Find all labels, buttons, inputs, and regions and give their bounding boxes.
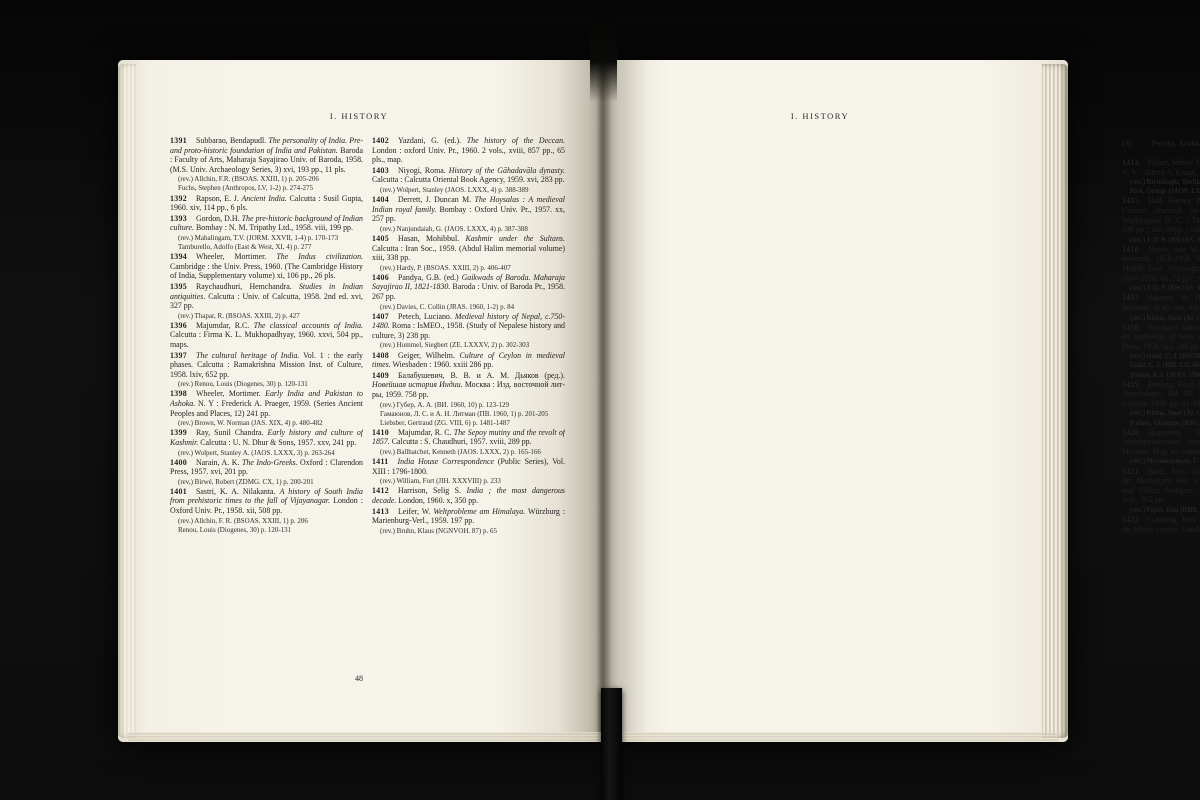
entry-text: Yazdani, G. (ed.). — [398, 136, 467, 145]
entry-text: Noyes, Ann W. & others (ed.). — [1148, 245, 1200, 254]
bib-entry: 1397The cultural heritage of India. Vol.… — [170, 351, 363, 380]
bib-entry: 1402Yazdani, G. (ed.). The history of th… — [372, 136, 565, 165]
entry-title: Current research on the Middle East, — [1122, 206, 1200, 215]
entry-title: Weltprobleme am Himalaya. — [433, 507, 525, 516]
review-line: (rev.) Hummel, Siegbert (ZE. LXXXV, 2) p… — [372, 341, 565, 350]
review-line: (rev.) Allchin, F. R. (BSOAS. XXIII, 1) … — [170, 517, 363, 526]
bib-entry: 1418Pritchard, James B. (ed.). The ancie… — [1122, 323, 1200, 352]
bib-entry: 1419Ebeling, Erich & Bruno Meissner. Rea… — [1122, 380, 1200, 409]
page-edges-bottom — [128, 732, 1058, 742]
bib-entry: 1422Garstang, John & O. R. Gurney. The g… — [1122, 515, 1200, 534]
entry-number: 1417 — [1122, 293, 1139, 302]
entry-text: Geiger, Wilhelm. — [398, 351, 460, 360]
entry-number: 1407 — [372, 312, 389, 321]
entry-text: Calcutta : U. N. Dhur & Sons, 1957. xxv,… — [198, 438, 356, 447]
page-number-right: 49 — [1082, 684, 1200, 693]
bib-entry: 1405Hasan, Mohibbul. Kashmir under the S… — [372, 234, 565, 263]
review-line: (rev,) Birwé, Robert (ZDMG. CX, 1) p. 20… — [170, 478, 363, 487]
entry-title: The classical accounts of India. — [254, 321, 363, 330]
entry-text: Calcutta : Iran Soc., 1959. (Abdul Halim… — [372, 244, 565, 263]
bib-entry: 1421Borst, Arno. Der Turmbau von Babel. … — [1122, 467, 1200, 505]
entry-number: 1412 — [372, 486, 389, 495]
entry-text: Subbarao, Bendapudl. — [196, 136, 268, 145]
entry-title: The history of the Deccan. — [467, 136, 565, 145]
bib-entry: 1406Pandya, G.B. (ed.) Gaikwads of Barod… — [372, 273, 565, 302]
entry-text: Gordon, D.H. — [196, 214, 242, 223]
entry-text: Raychaudhuri, Hemchandra. — [196, 282, 299, 291]
entry-text: Москва : АН СССР, 1958. 103 pp. — [1187, 303, 1200, 312]
review-line: (rev.) J. D. P. (BSOAS. XXIII, 2) p. 422 — [1122, 236, 1200, 245]
entry-title: India House Correspondence — [398, 457, 494, 466]
review-line: (rev.) J. D. P. (BSOAS. XXIII, 2) p. 422 — [1122, 284, 1200, 293]
entry-number: 1395 — [170, 282, 187, 291]
entry-text: Wheeler, Mortimer. — [196, 252, 276, 261]
bib-entry: 1415Hall, Harvey P.; Sands, William & ot… — [1122, 196, 1200, 234]
review-line: (rev.) Allchin, F.R. (BSOAS. XXIII, 1) p… — [170, 175, 363, 184]
bib-entry: 1417Авдиев, В. Н. Советская наука о древ… — [1122, 293, 1200, 312]
text-column: (3)Persia, Arabia, Central Asia and Othe… — [1122, 136, 1200, 668]
bib-entry: 1404Derrett, J. Duncan M. The Hoysalas :… — [372, 195, 565, 224]
page-number-left: 48 — [118, 674, 600, 683]
review-line: Liebsber, Gertraud (ZG. VIII, 6) p. 1481… — [372, 419, 565, 428]
entry-text: Harrison, Selig S. — [398, 486, 466, 495]
bib-entry: 1398Wheeler, Mortimer. Early India and P… — [170, 389, 363, 418]
entry-number: 1421 — [1122, 467, 1139, 476]
entry-number: 1397 — [170, 351, 187, 360]
review-line: (rev.) Ballhatchet, Kenneth (JAOS. LXXX,… — [372, 448, 565, 457]
review-line: Renou, Louis (Diogenes, 30) p. 120-131 — [170, 526, 363, 535]
entry-number: 1415 — [1122, 196, 1139, 205]
entry-text: Ebeling, Erich & Bruno Meissner. — [1148, 380, 1200, 389]
entry-text: Petech, Luciano. — [398, 312, 455, 321]
entry-number: 1391 — [170, 136, 187, 145]
entry-number: 1401 — [170, 487, 187, 496]
entry-text: Hall, Harvey P.; Sands, William & others… — [1148, 196, 1200, 205]
entry-title: History of the Gāhadavāla dynasty. — [449, 166, 565, 175]
review-line: Tamburello, Adolfo (East & West, XI, 4) … — [170, 243, 363, 252]
entry-number: 1410 — [372, 428, 389, 437]
entry-title: The Indus civilization. — [276, 252, 363, 261]
entry-text: Roma : IsMEO., 1958. (Study of Nepalese … — [372, 321, 565, 340]
entry-text: Pritchard, James B. (ed.). — [1148, 323, 1200, 332]
entry-title: Kashmir under the Sultans. — [465, 234, 565, 243]
bib-entry: 1409Балабушевич, В. В. и А. М. Дьяков (р… — [372, 371, 565, 400]
entry-text: Москва : Изд. восточной лит-ры, 1959. 29… — [1122, 447, 1200, 456]
review-line: (rev.) Wolpert, Stanley A. (JAOS. LXXX, … — [170, 449, 363, 458]
entry-text: Wheeler, Mortimer. — [196, 389, 265, 398]
entry-number: 1408 — [372, 351, 389, 360]
entry-number: 1419 — [1122, 380, 1139, 389]
entry-text: Дьяконов, И. М. — [1148, 428, 1200, 437]
review-line: (rev.) Pépin, Jean (RHR. CLVII, 2) p. 23… — [1122, 506, 1200, 515]
entry-text: Leifer, W. — [398, 507, 433, 516]
review-line: Tritton, A.S. (JRAS. 1960, 1-2) p. 68 — [1122, 371, 1200, 380]
review-line: Гамаюнов, Л. С. и А. Н. Литман (ПВ. 1960… — [372, 410, 565, 419]
entry-text: Fisher, Sidney Nettleton. — [1148, 158, 1200, 167]
entry-text: Wiesbaden : 1960. xxiii 286 pp. — [391, 360, 494, 369]
entry-number: 1409 — [372, 371, 389, 380]
entry-number: 1413 — [372, 507, 389, 516]
entry-number: 1393 — [170, 214, 187, 223]
entry-number: 1420 — [1122, 428, 1139, 437]
page-edges-right — [1042, 64, 1068, 738]
entry-text: London, 1960. x, 350 pp. — [396, 496, 478, 505]
review-line: (rev.) Klima, Josef (Ar. Or. XXVIII, 2) … — [1122, 314, 1200, 323]
right-page: I. HISTORY (3)Persia, Arabia, Central As… — [600, 60, 1068, 742]
bib-entry: 1416Noyes, Ann W. & others (ed.). Report… — [1122, 245, 1200, 283]
left-page: I. HISTORY 1391Subbarao, Bendapudl. The … — [118, 60, 600, 742]
entry-title: Новейшая история Индии. — [372, 380, 463, 389]
entry-text: N. Y. : Alfred A. Knopf, 1959. 650 pp. — [1122, 168, 1200, 177]
entry-number: 1416 — [1122, 245, 1139, 254]
entry-number: 1392 — [170, 194, 187, 203]
entry-text: N. Y : Frederick A. Praeger, 1959. (Seri… — [170, 399, 363, 418]
section-number: (3) — [1122, 138, 1152, 149]
entry-number: 1418 — [1122, 323, 1139, 332]
entry-text: Niyogi, Roma. — [398, 166, 449, 175]
review-line: (rev.) Biyiklioglu, Tevfik (TTKB. XXIV, … — [1122, 178, 1200, 187]
entry-number: 1402 — [372, 136, 389, 145]
review-line: (rev.) Mahalingam, T.V. (JORM. XXVII, 1-… — [170, 234, 363, 243]
bib-entry: 1400Narain, A. K. The Indo-Greeks. Oxfor… — [170, 458, 363, 477]
review-line: (rev.) Губер, А. А. (ВИ. 1960, 10) p. 12… — [372, 401, 565, 410]
entry-text: Borst, Arno. — [1148, 467, 1192, 476]
review-line: Fuchs, Stephen (Anthropos, LV, 1-2) p. 2… — [170, 184, 363, 193]
review-line: (rev.) Bruhn, Klaus (NGNVOH. 87) p. 65 — [372, 527, 565, 536]
gutter-top-shadow — [590, 0, 617, 102]
entry-title: The cultural heritage of India. — [196, 351, 299, 360]
entry-text: Sastri, K. A. Nilakanta. — [196, 487, 280, 496]
entry-number: 1398 — [170, 389, 187, 398]
entry-text: Hasan, Mohibbul. — [398, 234, 466, 243]
running-header-right: I. HISTORY — [600, 111, 1040, 121]
entry-text: Majumdar, R. C. — [398, 428, 454, 437]
review-line: (rev.) Davies, C. Collin (JRAS. 1960, 1-… — [372, 303, 565, 312]
bib-entry: 1407Petech, Luciano. Medieval history of… — [372, 312, 565, 341]
bib-entry: 1392Rapson, E. J. Ancient India. Calcutt… — [170, 194, 363, 213]
entry-text: Garstang, John & O. R. Gurney. — [1148, 515, 1200, 524]
entry-text: Pandya, G.B. (ed.) — [398, 273, 462, 282]
bib-entry: 1420Дьяконов, И. М. Общественный и госуд… — [1122, 428, 1200, 457]
entry-text: Bombay : N. M. Tripathy Ltd., 1958. viii… — [194, 223, 353, 232]
entry-number: 1422 — [1122, 515, 1139, 524]
bib-entry: 1393Gordon, D.H. The pre-historic backgr… — [170, 214, 363, 233]
bib-entry: 1410Majumdar, R. C. The Sepoy mutiny and… — [372, 428, 565, 447]
running-header-left: I. HISTORY — [118, 111, 600, 121]
entry-number: 1399 — [170, 428, 187, 437]
review-line: Gadd, C. J. (BM. CII, 685) p. 171-172 — [1122, 361, 1200, 370]
entry-text: Ray, Sunil Chandra. — [196, 428, 268, 437]
review-line: (rev.) Wolpert, Stanley (JAOS. LXXX, 4) … — [372, 186, 565, 195]
section-heading: (3)Persia, Arabia, Central Asia and Othe… — [1122, 138, 1200, 149]
review-line: Kirk, George (JAOS. LXXX, 3) p. 273-274 — [1122, 187, 1200, 196]
entry-number: 1406 — [372, 273, 389, 282]
bib-entry: 1413Leifer, W. Weltprobleme am Himalaya.… — [372, 507, 565, 526]
section-title: Persia, Arabia, Central Asia and Others — [1152, 138, 1200, 149]
entry-text: Majumdar, R.C. — [196, 321, 254, 330]
review-line: (rev.) Renou, Louis (Diogenes, 30) p. 12… — [170, 380, 363, 389]
text-column: 1391Subbarao, Bendapudl. The personality… — [170, 136, 363, 668]
entry-number: 1404 — [372, 195, 389, 204]
entry-text: London : — [1179, 525, 1200, 534]
entry-number: 1403 — [372, 166, 389, 175]
entry-number: 1394 — [170, 252, 187, 261]
entry-text: Calcutta : Calcutta Oriental Book Agency… — [372, 175, 565, 184]
open-book: I. HISTORY 1391Subbarao, Bendapudl. The … — [118, 60, 1068, 742]
bib-entry: 1396Majumdar, R.C. The classical account… — [170, 321, 363, 350]
bib-entry: 1408Geiger, Wilhelm. Culture of Ceylon i… — [372, 351, 565, 370]
entry-title: The Indo-Greeks. — [242, 458, 298, 467]
bib-entry: 1399Ray, Sunil Chandra. Early history an… — [170, 428, 363, 447]
entry-number: 1400 — [170, 458, 187, 467]
text-column: 1402Yazdani, G. (ed.). The history of th… — [372, 136, 565, 668]
bib-entry: 1401Sastri, K. A. Nilakanta. A history o… — [170, 487, 363, 516]
photo-background: I. HISTORY 1391Subbarao, Bendapudl. The … — [0, 0, 1200, 800]
review-line: (rev.) Gadd, C. J. (BSOAS. XXIII, 1) p. … — [1122, 352, 1200, 361]
entry-number: 1405 — [372, 234, 389, 243]
entry-text: Cambridge : the Univ. Press, 1960. (The … — [170, 262, 363, 281]
review-line: (rev.) Thapar, R. (BSOAS. XXIII, 2) p. 4… — [170, 312, 363, 321]
bib-entry: 1403Niyogi, Roma. History of the Gāhadav… — [372, 166, 565, 185]
page-edges-left — [118, 64, 136, 738]
entry-number: 1396 — [170, 321, 187, 330]
entry-text: Calcutta : S. Chaudhuri, 1957. xviii, 28… — [390, 437, 532, 446]
entry-number: 1414 — [1122, 158, 1139, 167]
entry-text: Авдиев, В. Н. — [1148, 293, 1200, 302]
bib-entry: 1391Subbarao, Bendapudl. The personality… — [170, 136, 363, 174]
entry-text: Балабушевич, В. В. и А. М. Дьяков (ред.)… — [398, 371, 565, 380]
review-line: (rev.) Меликишвили, Г. А. (ВДИ. 1960, 4)… — [1122, 457, 1200, 466]
review-line: (rev.) Hardy, P. (BSOAS. XXIII, 2) p. 40… — [372, 264, 565, 273]
bib-entry: 1414Fisher, Sidney Nettleton. The Middle… — [1122, 158, 1200, 177]
entry-number: 1411 — [372, 457, 389, 466]
review-line: (rev.) William, Fort (JIH. XXXVIII) p. 2… — [372, 477, 565, 486]
bib-entry: 1412Harrison, Selig S. India ; the most … — [372, 486, 565, 505]
entry-text: Calcutta : Firma K. L. Mukhopadhyay, 196… — [170, 330, 363, 349]
bib-entry: 1394Wheeler, Mortimer. The Indus civiliz… — [170, 252, 363, 281]
review-line: (rev.) Brown, W. Norman (JAS. XIX, 4) p.… — [170, 419, 363, 428]
bib-entry: 1411India House Correspondence (Public S… — [372, 457, 565, 476]
bib-entry: 1395Raychaudhuri, Hemchandra. Studies in… — [170, 282, 363, 311]
entry-text: Derrett, J. Duncan M. — [398, 195, 475, 204]
entry-text: Rapson, E. J. — [196, 194, 241, 203]
review-line: Furlani, Giuseppe (RSO. XXXV, 1-2) p. 88 — [1122, 419, 1200, 428]
review-line: (rev.) Nanjundaiah, G. (JAOS. LXXX, 4) p… — [372, 225, 565, 234]
entry-text: London : oxford Univ. Pr., 1960. 2 vols.… — [372, 146, 565, 165]
review-line: (rev.) Klima, Josef (Ar. Or. XXVIII, 2) … — [1122, 409, 1200, 418]
entry-title: Ancient India. — [241, 194, 286, 203]
entry-text: Narain, A. K. — [196, 458, 242, 467]
bookmark-ribbon — [601, 688, 622, 800]
